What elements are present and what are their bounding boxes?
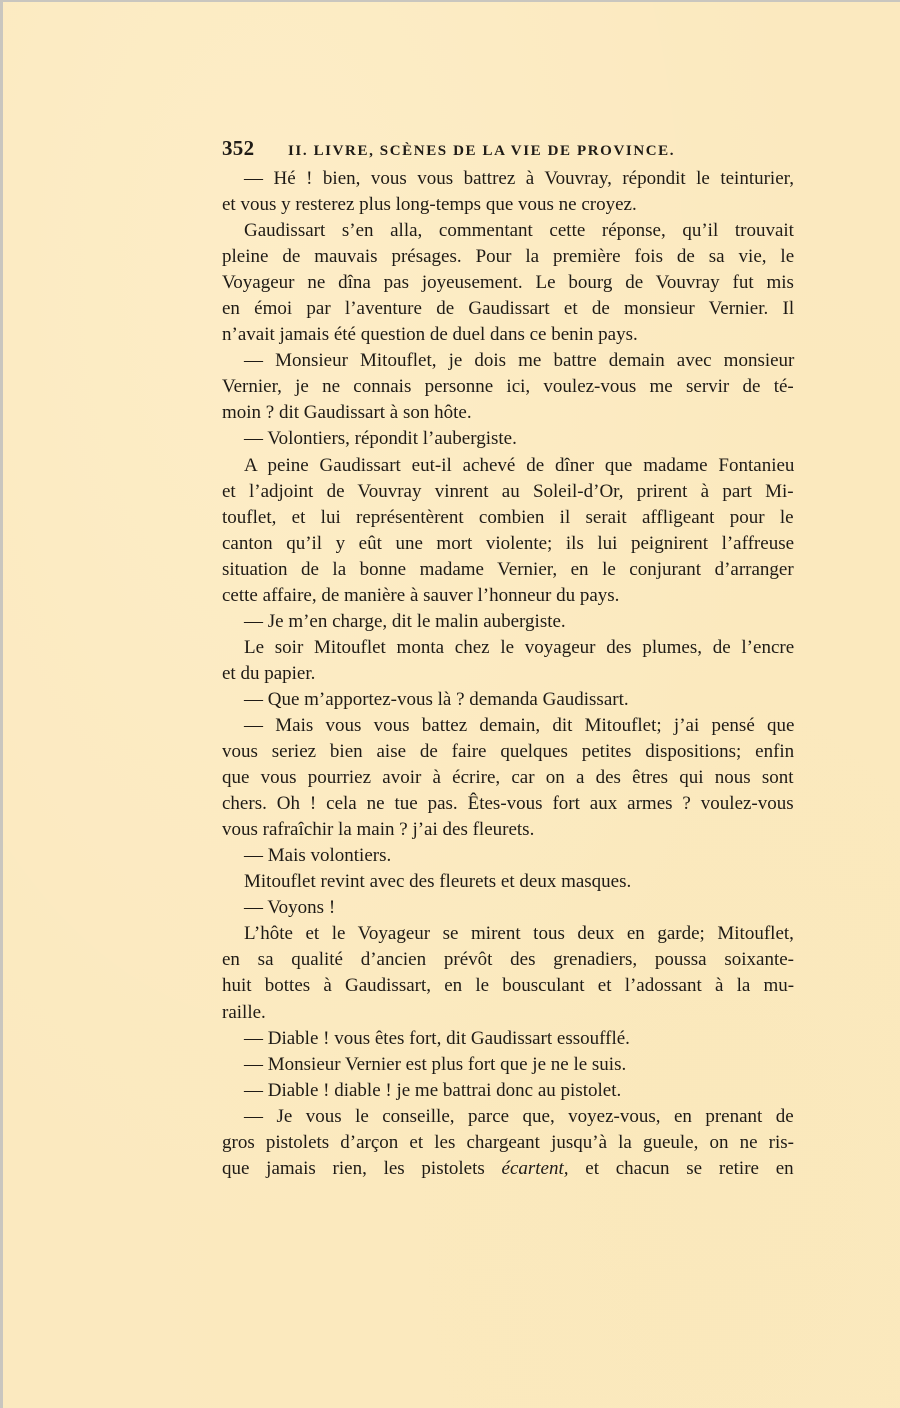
text-line: touflet, et lui représentèrent combien i… [222,505,794,531]
text-line: — Je m’en charge, dit le malin aubergist… [222,609,794,635]
text-line: A peine Gaudissart eut-il achevé de dîne… [222,453,816,479]
text-line: — Voyons ! [222,895,794,921]
text-line: Vernier, je ne connais personne ici, vou… [222,374,794,400]
text-line: — Monsieur Vernier est plus fort que je … [222,1052,794,1078]
text-line: — Mais vous vous battez demain, dit Mito… [222,713,816,739]
running-head-title: II. LIVRE, SCÈNES DE LA VIE DE PROVINCE. [288,143,675,160]
text-block: 352 II. LIVRE, SCÈNES DE LA VIE DE PROVI… [222,136,794,1182]
text-line: — Mais volontiers. [222,843,794,869]
text-line: — Diable ! diable ! je me battrai donc a… [222,1078,794,1104]
text-line: — Hé ! bien, vous vous battrez à Vouvray… [222,166,816,192]
text-line: raille. [222,1000,794,1026]
book-page: 352 II. LIVRE, SCÈNES DE LA VIE DE PROVI… [3,2,900,1408]
text-line: n’avait jamais été question de duel dans… [222,322,794,348]
text-line: vous rafraîchir la main ? j’ai des fleur… [222,817,794,843]
text-line: que vous pourriez avoir à écrire, car on… [222,765,794,791]
text-line: Mitouflet revint avec des fleurets et de… [222,869,794,895]
text-line: L’hôte et le Voyageur se mirent tous deu… [222,921,816,947]
text-line: moin ? dit Gaudissart à son hôte. [222,400,794,426]
text-line: et l’adjoint de Vouvray vinrent au Solei… [222,479,794,505]
text-line: canton qu’il y eût une mort violente; il… [222,531,794,557]
italic-word: écartent, [502,1158,569,1179]
text-line: — Volontiers, répondit l’aubergiste. [222,426,794,452]
text-line: gros pistolets d’arçon et les chargeant … [222,1130,794,1156]
text-line: en émoi par l’aventure de Gaudissart et … [222,296,794,322]
page-number: 352 [222,136,288,161]
text-line: que jamais rien, les pistolets écartent,… [222,1156,794,1182]
text-line: — Que m’apportez-vous là ? demanda Gaudi… [222,687,794,713]
text-line: en sa qualité d’ancien prévôt des grenad… [222,947,794,973]
text-line: chers. Oh ! cela ne tue pas. Êtes-vous f… [222,791,794,817]
text-line: — Diable ! vous êtes fort, dit Gaudissar… [222,1026,794,1052]
body-text: — Hé ! bien, vous vous battrez à Vouvray… [222,166,794,1182]
text-line: et vous y resterez plus long-temps que v… [222,192,794,218]
text-line: — Je vous le conseille, parce que, voyez… [222,1104,816,1130]
text-line: et du papier. [222,661,794,687]
text-line: huit bottes à Gaudissart, en le bouscula… [222,973,794,999]
text-line: situation de la bonne madame Vernier, en… [222,557,794,583]
text-line: pleine de mauvais présages. Pour la prem… [222,244,794,270]
text-line: vous seriez bien aise de faire quelques … [222,739,794,765]
text-line: cette affaire, de manière à sauver l’hon… [222,583,794,609]
text-line: Gaudissart s’en alla, commentant cette r… [222,218,816,244]
text-line: Le soir Mitouflet monta chez le voyageur… [222,635,816,661]
running-head: 352 II. LIVRE, SCÈNES DE LA VIE DE PROVI… [222,136,794,166]
text-line: Voyageur ne dîna pas joyeusement. Le bou… [222,270,794,296]
text-line: — Monsieur Mitouflet, je dois me battre … [222,348,816,374]
